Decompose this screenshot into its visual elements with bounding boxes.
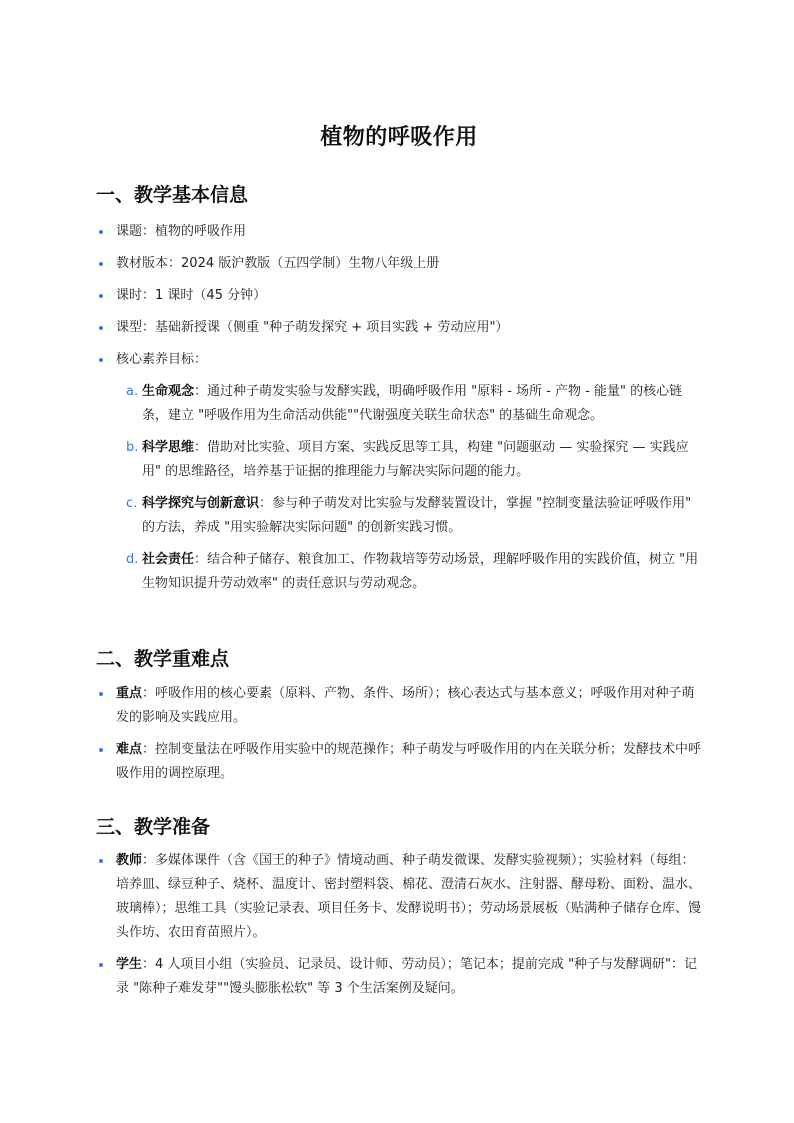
bullet-icon	[99, 294, 103, 298]
item-sep: ：	[194, 440, 207, 455]
bullet-icon	[99, 963, 103, 967]
key-points-list: 重点：呼吸作用的核心要素（原料、产物、条件、场所）；核心表达式与基本意义；呼吸作…	[96, 682, 702, 794]
goal-text: 通过种子萌发实验与发酵实践，明确呼吸作用 "原料 - 场所 - 产物 - 能量"…	[142, 384, 682, 423]
bullet-icon	[99, 230, 103, 234]
item-label: 教师	[116, 853, 142, 868]
item-text: 2024 版沪教版（五四学制）生物八年级上册	[181, 256, 439, 271]
goal-text: 借助对比实验、项目方案、实践反思等工具，构建 "问题驱动 — 实验探究 — 实践…	[142, 440, 689, 479]
item-sep: ：	[194, 384, 207, 399]
item-sep: ：	[259, 496, 272, 511]
bullet-icon	[99, 748, 103, 752]
list-marker: a.	[126, 380, 138, 404]
list-item: 难点：控制变量法在呼吸作用实验中的规范操作；种子萌发与呼吸作用的内在关联分析；发…	[96, 738, 702, 786]
item-sep: ：	[194, 552, 207, 567]
item-label: 学生	[116, 957, 142, 972]
section-heading-preparation: 三、教学准备	[96, 812, 210, 839]
bullet-icon	[99, 326, 103, 330]
item-sep: ：	[142, 288, 155, 303]
section-heading-key-points: 二、教学重难点	[96, 644, 229, 671]
item-sep: ：	[142, 320, 155, 335]
list-marker: b.	[126, 436, 138, 460]
item-sep: ：	[142, 686, 155, 701]
item-text: 多媒体课件（含《国王的种子》情境动画、种子萌发微课、发酵实验视频）；实验材料（每…	[116, 853, 701, 940]
item-text: 呼吸作用的核心要素（原料、产物、条件、场所）；核心表达式与基本意义；呼吸作用对种…	[116, 686, 695, 725]
item-label: 课时	[116, 288, 142, 303]
item-text: 4 人项目小组（实验员、记录员、设计师、劳动员）；笔记本；提前完成 "种子与发酵…	[116, 957, 697, 996]
list-item: 教师：多媒体课件（含《国王的种子》情境动画、种子萌发微课、发酵实验视频）；实验材…	[96, 849, 702, 945]
goal-item: c. 科学探究与创新意识：参与种子萌发对比实验与发酵装置设计，掌握 "控制变量法…	[116, 492, 702, 540]
item-sep: ：	[168, 256, 181, 271]
list-item: 课题：植物的呼吸作用	[96, 220, 702, 244]
item-text: 基础新授课（侧重 "种子萌发探究 + 项目实践 + 劳动应用"）	[155, 320, 508, 335]
item-label: 核心素养目标	[116, 352, 194, 367]
goal-item: b. 科学思维：借助对比实验、项目方案、实践反思等工具，构建 "问题驱动 — 实…	[116, 436, 702, 484]
list-item: 重点：呼吸作用的核心要素（原料、产物、条件、场所）；核心表达式与基本意义；呼吸作…	[96, 682, 702, 730]
bullet-icon	[99, 859, 103, 863]
goal-label: 科学思维	[142, 440, 194, 455]
item-label: 课题	[116, 224, 142, 239]
goal-label: 科学探究与创新意识	[142, 496, 259, 511]
item-label: 课型	[116, 320, 142, 335]
item-sep: ：	[142, 224, 155, 239]
preparation-list: 教师：多媒体课件（含《国王的种子》情境动画、种子萌发微课、发酵实验视频）；实验材…	[96, 849, 702, 1009]
item-sep: ：	[142, 742, 155, 757]
list-item: 课时：1 课时（45 分钟）	[96, 284, 702, 308]
goal-label: 社会责任	[142, 552, 194, 567]
goal-text: 结合种子储存、粮食加工、作物栽培等劳动场景，理解呼吸作用的实践价值，树立 "用生…	[142, 552, 698, 591]
list-marker: c.	[126, 492, 137, 516]
bullet-icon	[99, 262, 103, 266]
bullet-icon	[99, 692, 103, 696]
item-text: 植物的呼吸作用	[155, 224, 246, 239]
item-text: 控制变量法在呼吸作用实验中的规范操作；种子萌发与呼吸作用的内在关联分析；发酵技术…	[116, 742, 701, 781]
document-title: 植物的呼吸作用	[96, 120, 702, 151]
section-heading-basic-info: 一、教学基本信息	[96, 180, 248, 207]
item-sep: ：	[142, 957, 155, 972]
list-item-core-goals: 核心素养目标： a. 生命观念：通过种子萌发实验与发酵实践，明确呼吸作用 "原料…	[96, 348, 702, 596]
list-item: 课型：基础新授课（侧重 "种子萌发探究 + 项目实践 + 劳动应用"）	[96, 316, 702, 340]
goal-item: a. 生命观念：通过种子萌发实验与发酵实践，明确呼吸作用 "原料 - 场所 - …	[116, 380, 702, 428]
item-label: 难点	[116, 742, 142, 757]
core-goals-list: a. 生命观念：通过种子萌发实验与发酵实践，明确呼吸作用 "原料 - 场所 - …	[116, 380, 702, 596]
goal-label: 生命观念	[142, 384, 194, 399]
item-text: 1 课时（45 分钟）	[155, 288, 266, 303]
item-label: 教材版本	[116, 256, 168, 271]
item-sep: ：	[142, 853, 155, 868]
list-marker: d.	[126, 548, 138, 572]
list-item: 教材版本：2024 版沪教版（五四学制）生物八年级上册	[96, 252, 702, 276]
item-sep: ：	[194, 352, 207, 367]
list-item: 学生：4 人项目小组（实验员、记录员、设计师、劳动员）；笔记本；提前完成 "种子…	[96, 953, 702, 1001]
item-label: 重点	[116, 686, 142, 701]
bullet-icon	[99, 358, 103, 362]
goal-item: d. 社会责任：结合种子储存、粮食加工、作物栽培等劳动场景，理解呼吸作用的实践价…	[116, 548, 702, 596]
basic-info-list: 课题：植物的呼吸作用 教材版本：2024 版沪教版（五四学制）生物八年级上册 课…	[96, 220, 702, 604]
